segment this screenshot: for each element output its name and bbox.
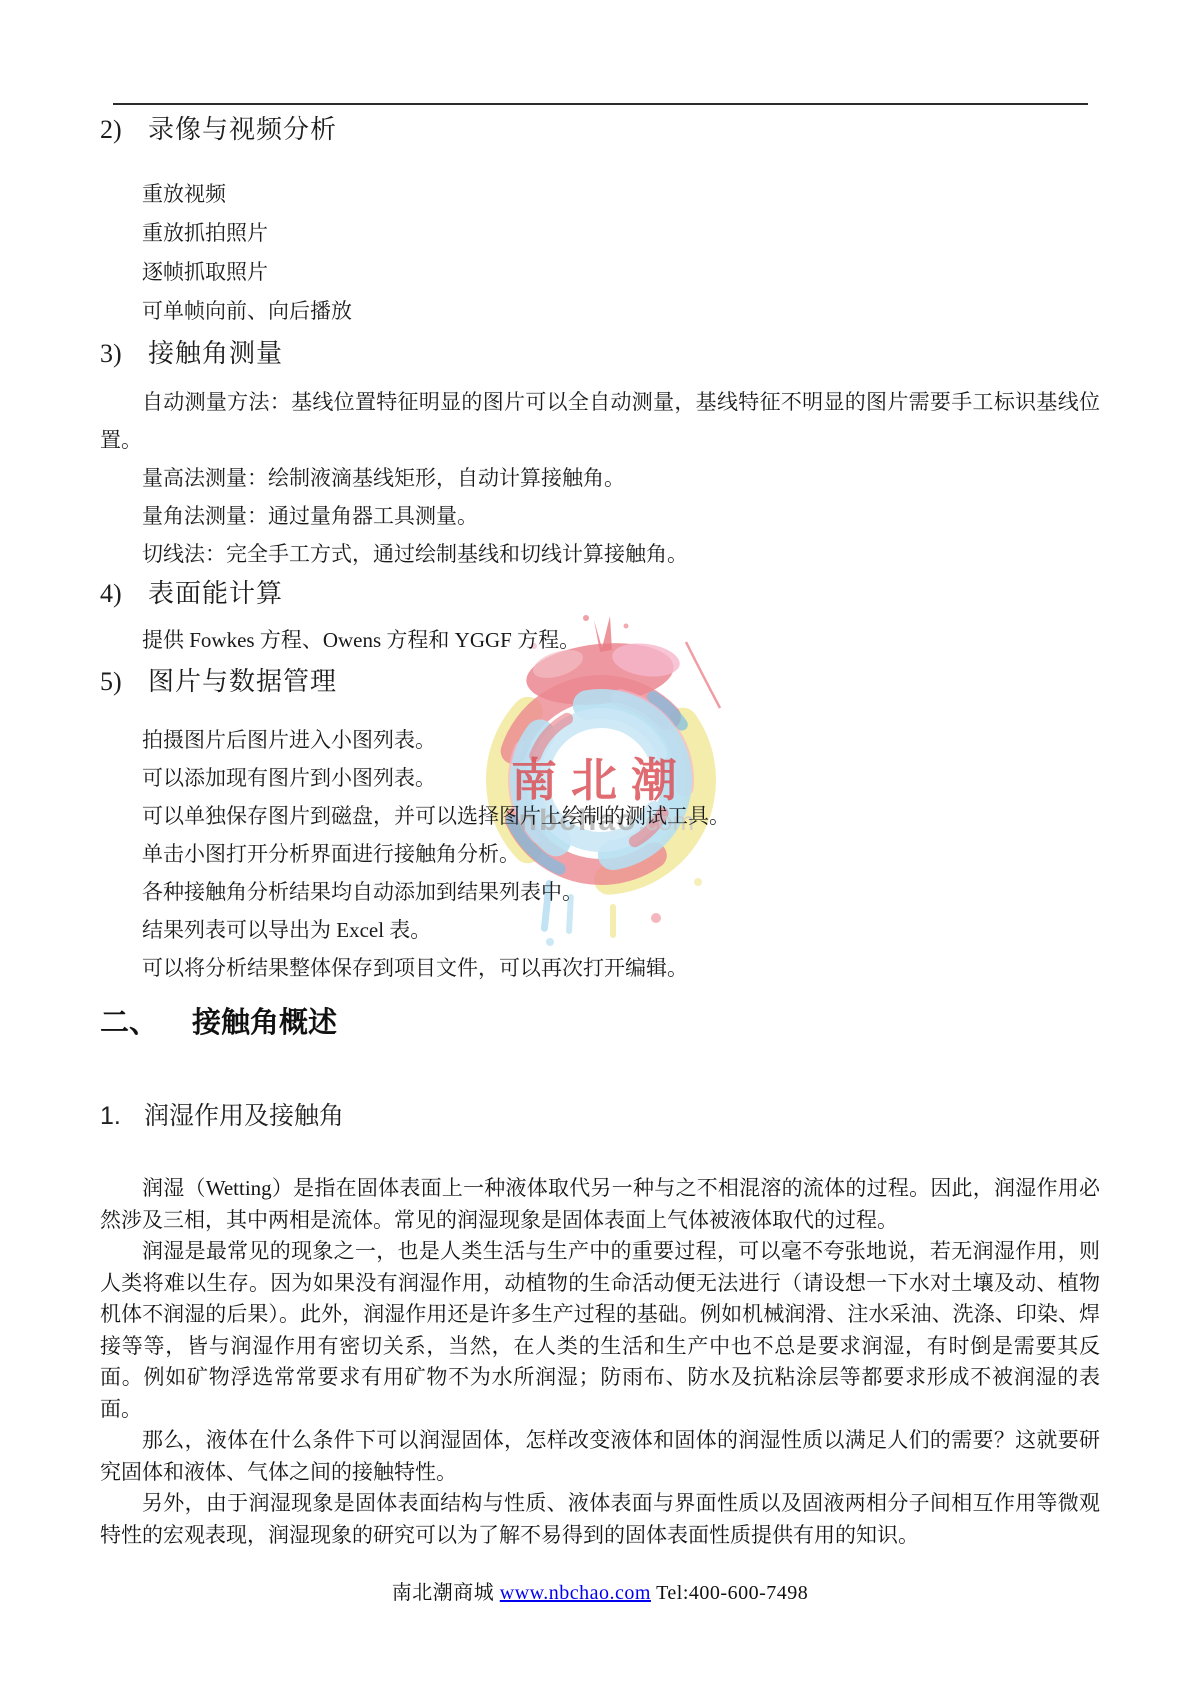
list-item: 拍摄图片后图片进入小图列表。 xyxy=(142,721,1100,759)
paragraph: 那么，液体在什么条件下可以润湿固体，怎样改变液体和固体的润湿性质以满足人们的需要… xyxy=(100,1425,1100,1488)
section-title: 图片与数据管理 xyxy=(148,665,337,699)
list-item: 可以单独保存图片到磁盘，并可以选择图片上绘制的测试工具。 xyxy=(142,797,1100,835)
list-item: 逐帧抓取照片 xyxy=(142,253,1100,292)
contact-angle-measure-paragraphs: 自动测量方法：基线位置特征明显的图片可以全自动测量，基线特征不明显的图片需要手工… xyxy=(100,383,1100,573)
section-heading-surface-energy: 4) 表面能计算 xyxy=(100,577,1100,611)
section-title: 表面能计算 xyxy=(148,577,283,611)
chapter-heading-contact-angle-overview: 二、 接触角概述 xyxy=(100,1003,1100,1043)
wetting-body-text: 润湿（Wetting）是指在固体表面上一种液体取代另一种与之不相混溶的流体的过程… xyxy=(100,1173,1100,1551)
page-footer: 南北潮商城 www.nbchao.com Tel:400-600-7498 xyxy=(0,1576,1200,1605)
paragraph: 量高法测量：绘制液滴基线矩形，自动计算接触角。 xyxy=(100,459,1100,497)
paragraph: 量角法测量：通过量角器工具测量。 xyxy=(100,497,1100,535)
chapter-number: 二、 xyxy=(100,1003,192,1043)
section-heading-video-analysis: 2) 录像与视频分析 xyxy=(100,113,1100,147)
section-heading-image-data-management: 5) 图片与数据管理 xyxy=(100,665,1100,699)
subsection-number: 1. xyxy=(100,1099,144,1133)
list-item: 各种接触角分析结果均自动添加到结果列表中。 xyxy=(142,873,1100,911)
section-number: 4) xyxy=(100,577,148,611)
image-data-management-list: 拍摄图片后图片进入小图列表。 可以添加现有图片到小图列表。 可以单独保存图片到磁… xyxy=(100,721,1100,987)
paragraph: 润湿（Wetting）是指在固体表面上一种液体取代另一种与之不相混溶的流体的过程… xyxy=(100,1173,1100,1236)
list-item: 可以将分析结果整体保存到项目文件，可以再次打开编辑。 xyxy=(142,949,1100,987)
list-item: 可以添加现有图片到小图列表。 xyxy=(142,759,1100,797)
list-item: 结果列表可以导出为 Excel 表。 xyxy=(142,911,1100,949)
list-item: 重放抓拍照片 xyxy=(142,214,1100,253)
surface-energy-paragraphs: 提供 Fowkes 方程、Owens 方程和 YGGF 方程。 xyxy=(100,621,1100,659)
footer-telephone: Tel:400-600-7498 xyxy=(656,1582,808,1604)
chapter-title: 接触角概述 xyxy=(192,1003,337,1043)
list-item: 可单帧向前、向后播放 xyxy=(142,292,1100,331)
paragraph: 自动测量方法：基线位置特征明显的图片可以全自动测量，基线特征不明显的图片需要手工… xyxy=(100,383,1100,459)
section-number: 2) xyxy=(100,113,148,147)
section-heading-contact-angle-measure: 3) 接触角测量 xyxy=(100,337,1100,371)
paragraph: 另外，由于润湿现象是固体表面结构与性质、液体表面与界面性质以及固液两相分子间相互… xyxy=(100,1488,1100,1551)
subsection-title: 润湿作用及接触角 xyxy=(144,1099,344,1133)
header-rule xyxy=(113,103,1088,105)
paragraph: 切线法：完全手工方式，通过绘制基线和切线计算接触角。 xyxy=(100,535,1100,573)
section-title: 录像与视频分析 xyxy=(148,113,337,147)
footer-website-link[interactable]: www.nbchao.com xyxy=(500,1582,651,1604)
footer-store-name: 南北潮商城 xyxy=(392,1582,495,1604)
section-number: 3) xyxy=(100,337,148,371)
document-page: 南北潮 nbchao .com 2) 录像与视频分析 重放视频 重放抓拍照片 逐… xyxy=(0,0,1200,1697)
section-title: 接触角测量 xyxy=(148,337,283,371)
section-number: 5) xyxy=(100,665,148,699)
document-content: 2) 录像与视频分析 重放视频 重放抓拍照片 逐帧抓取照片 可单帧向前、向后播放… xyxy=(0,103,1200,1551)
list-item: 单击小图打开分析界面进行接触角分析。 xyxy=(142,835,1100,873)
video-analysis-list: 重放视频 重放抓拍照片 逐帧抓取照片 可单帧向前、向后播放 xyxy=(100,175,1100,331)
list-item: 重放视频 xyxy=(142,175,1100,214)
subsection-heading-wetting: 1. 润湿作用及接触角 xyxy=(100,1099,1100,1133)
paragraph: 润湿是最常见的现象之一，也是人类生活与生产中的重要过程，可以毫不夸张地说，若无润… xyxy=(100,1236,1100,1425)
paragraph: 提供 Fowkes 方程、Owens 方程和 YGGF 方程。 xyxy=(100,621,1100,659)
